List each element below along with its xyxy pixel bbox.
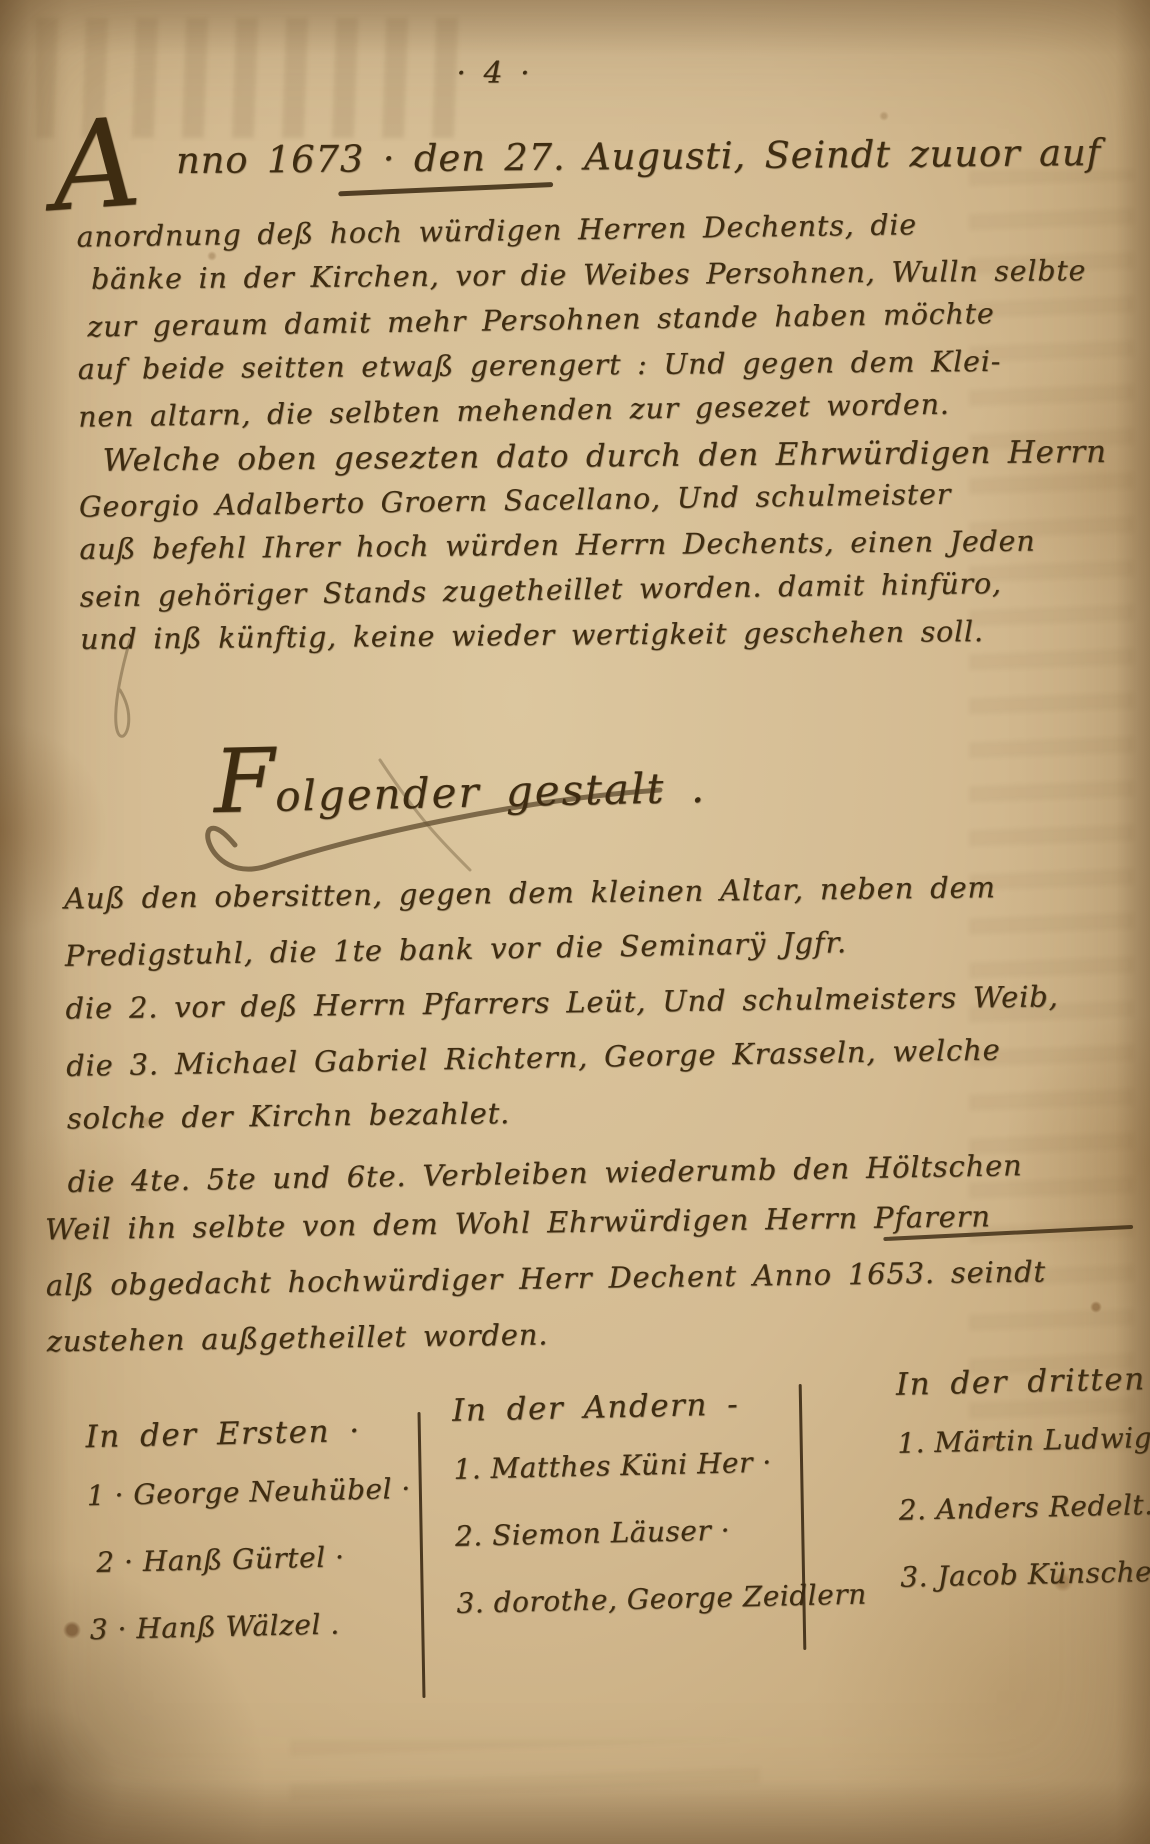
seating-paragraph: Auß den obersitten, gegen dem kleinen Al… <box>64 870 973 1217</box>
column-item: 1 · George Neuhübel · <box>86 1472 412 1512</box>
section-heading: Folgender gestalt . <box>120 761 801 824</box>
column-third: In der dritten . 1. Märtin Ludwig. 2. An… <box>869 1360 1150 1697</box>
column-item: 3 · Hanß Wälzel . <box>89 1606 415 1646</box>
seating-columns: In der Ersten · 1 · George Neuhübel · 2 … <box>42 1366 1121 1720</box>
manuscript-page: · 4 · A nno 1673 · den 27. Augusti, Sein… <box>0 0 1150 1844</box>
column-second: In der Andern - 1. Matthes Küni Her · 2.… <box>418 1383 878 1723</box>
bleedthrough-bottom <box>290 1740 760 1810</box>
column-item: 1. Märtin Ludwig. <box>897 1420 1150 1460</box>
column-header: In der Ersten · <box>85 1412 411 1455</box>
column-item: 2. Anders Redelt. <box>898 1487 1150 1527</box>
column-header: In der dritten . <box>895 1360 1150 1403</box>
manuscript-line: zustehen außgetheillet worden. <box>46 1312 967 1381</box>
column-item: 2 · Hanß Gürtel · <box>88 1539 414 1579</box>
column-item: 3. dorothe, George Zeidlern <box>456 1578 867 1620</box>
column-first: In der Ersten · 1 · George Neuhübel · 2 … <box>43 1412 426 1750</box>
assignment-paragraph: Weil ihn selbte von dem Wohl Ehrwürdigen… <box>45 1200 967 1381</box>
manuscript-line: nno 1673 · den 27. Augusti, Seindt zuuor… <box>76 116 977 218</box>
opening-paragraph: nno 1673 · den 27. Augusti, Seindt zuuor… <box>76 116 981 668</box>
column-item: 3. Jacob Künscher . <box>900 1554 1150 1594</box>
page-number: · 4 · <box>0 56 990 91</box>
